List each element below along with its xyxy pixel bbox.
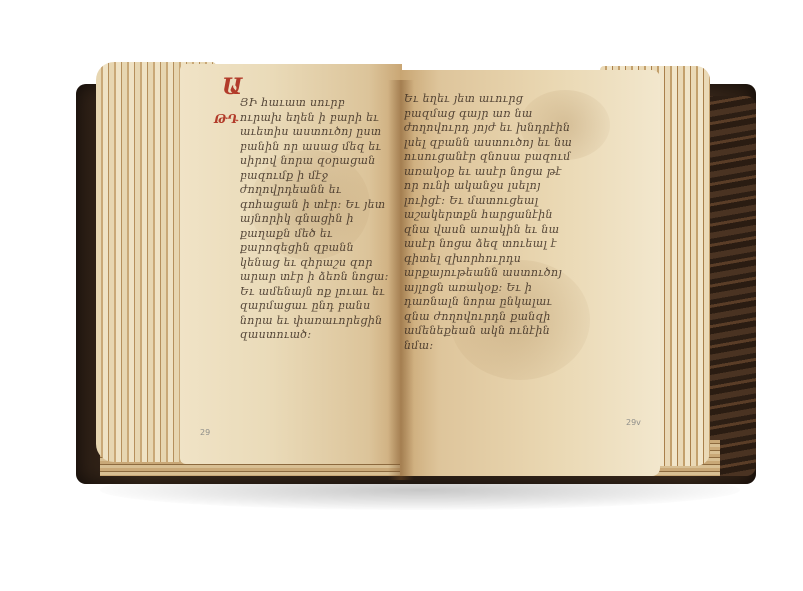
folio-number-left: 29: [200, 428, 210, 437]
folio-number-right: 29v: [626, 418, 641, 427]
manuscript-photo: Ա ԹԴ ՅԻ հաւատ սուրբ ուրախ եղեն ի բարի եւ…: [0, 0, 803, 591]
left-page-text: ՅԻ հաւատ սուրբ ուրախ եղեն ի բարի եւ աւետ…: [240, 96, 390, 426]
rubric-line: ԹԴ: [214, 112, 238, 126]
right-page-text: Եւ եղեւ յետ աւուրց բազմաց գայր առ նա ժող…: [404, 92, 574, 442]
